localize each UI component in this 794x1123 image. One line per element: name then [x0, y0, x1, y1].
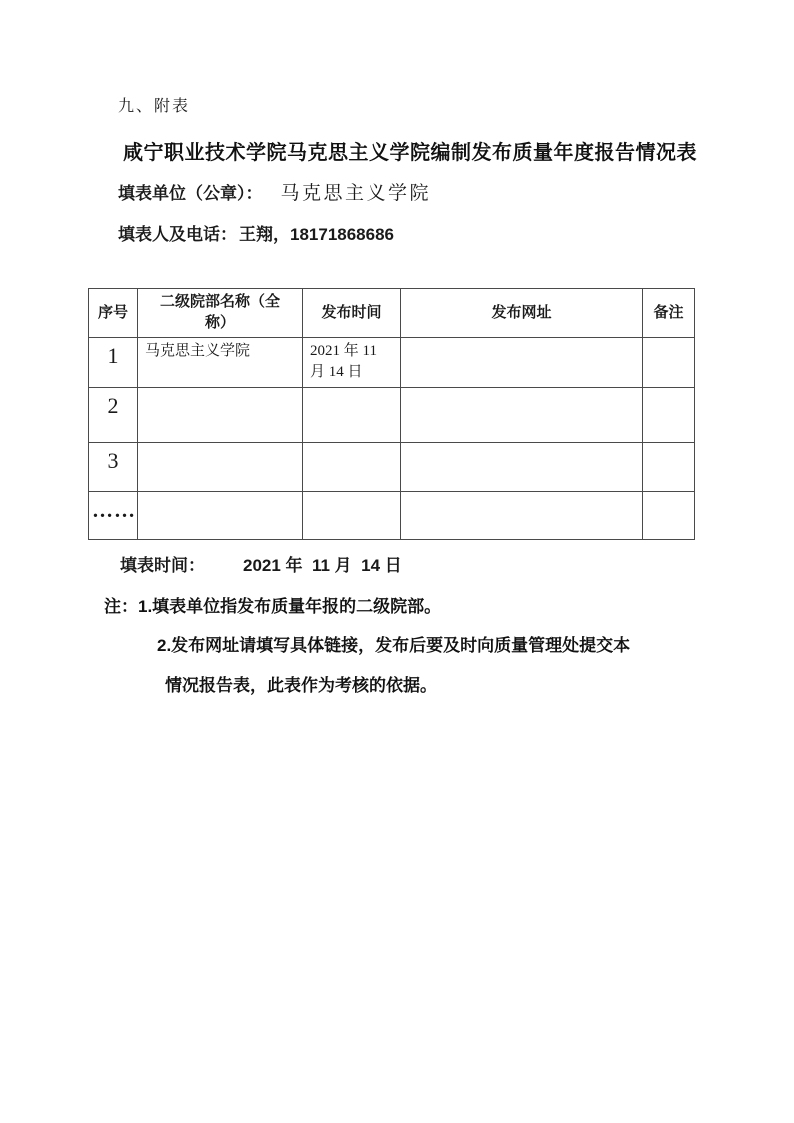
cell-publish-time	[303, 492, 401, 540]
note-line-1: 注：1.填表单位指发布质量年报的二级院部。	[104, 592, 441, 617]
cell-college-name	[138, 388, 303, 443]
table-row: 3	[89, 443, 695, 492]
form-contact-value: 王翔，18171868686	[239, 225, 394, 244]
cell-serial-ellipsis: ……	[89, 492, 138, 540]
table-row: 2	[89, 388, 695, 443]
cell-remarks	[643, 443, 695, 492]
cell-college-name	[138, 492, 303, 540]
fill-date-value: 2021 年 11 月 14 日	[243, 556, 402, 575]
form-unit-value: 马克思主义学院	[281, 183, 432, 204]
table-row: 1 马克思主义学院 2021 年 11 月 14 日	[89, 338, 695, 388]
header-college-name: 二级院部名称（全称）	[138, 289, 303, 338]
report-table: 序号 二级院部名称（全称） 发布时间 发布网址 备注 1 马克思主义学院 202…	[88, 288, 695, 540]
cell-publish-url	[401, 388, 643, 443]
cell-serial: 2	[89, 388, 138, 443]
cell-publish-url	[401, 443, 643, 492]
table-row: ……	[89, 492, 695, 540]
form-contact-label: 填表人及电话：	[118, 225, 237, 244]
fill-date-label: 填表时间：	[120, 556, 205, 575]
form-contact-line: 填表人及电话：王翔，18171868686	[118, 220, 394, 245]
cell-publish-time	[303, 443, 401, 492]
fill-date-line: 填表时间：2021 年 11 月 14 日	[120, 551, 402, 576]
section-heading: 九、附表	[118, 93, 190, 116]
cell-serial: 3	[89, 443, 138, 492]
header-publish-url: 发布网址	[401, 289, 643, 338]
cell-publish-time: 2021 年 11 月 14 日	[303, 338, 401, 388]
table-header-row: 序号 二级院部名称（全称） 发布时间 发布网址 备注	[89, 289, 695, 338]
cell-publish-url	[401, 492, 643, 540]
cell-publish-url	[401, 338, 643, 388]
cell-college-name	[138, 443, 303, 492]
header-serial: 序号	[89, 289, 138, 338]
form-unit-line: 填表单位（公章）：马克思主义学院	[118, 178, 431, 205]
cell-remarks	[643, 338, 695, 388]
cell-publish-time	[303, 388, 401, 443]
cell-remarks	[643, 388, 695, 443]
header-remarks: 备注	[643, 289, 695, 338]
header-publish-time: 发布时间	[303, 289, 401, 338]
page-title: 咸宁职业技术学院马克思主义学院编制发布质量年度报告情况表	[88, 136, 710, 165]
cell-serial: 1	[89, 338, 138, 388]
note-line-2: 2.发布网址请填写具体链接，发布后要及时向质量管理处提交本	[157, 631, 630, 656]
form-unit-label: 填表单位（公章）：	[118, 184, 263, 203]
note-line-3: 情况报告表，此表作为考核的依据。	[165, 671, 437, 696]
cell-college-name: 马克思主义学院	[138, 338, 303, 388]
document-page: 九、附表 咸宁职业技术学院马克思主义学院编制发布质量年度报告情况表 填表单位（公…	[0, 0, 794, 1123]
cell-remarks	[643, 492, 695, 540]
